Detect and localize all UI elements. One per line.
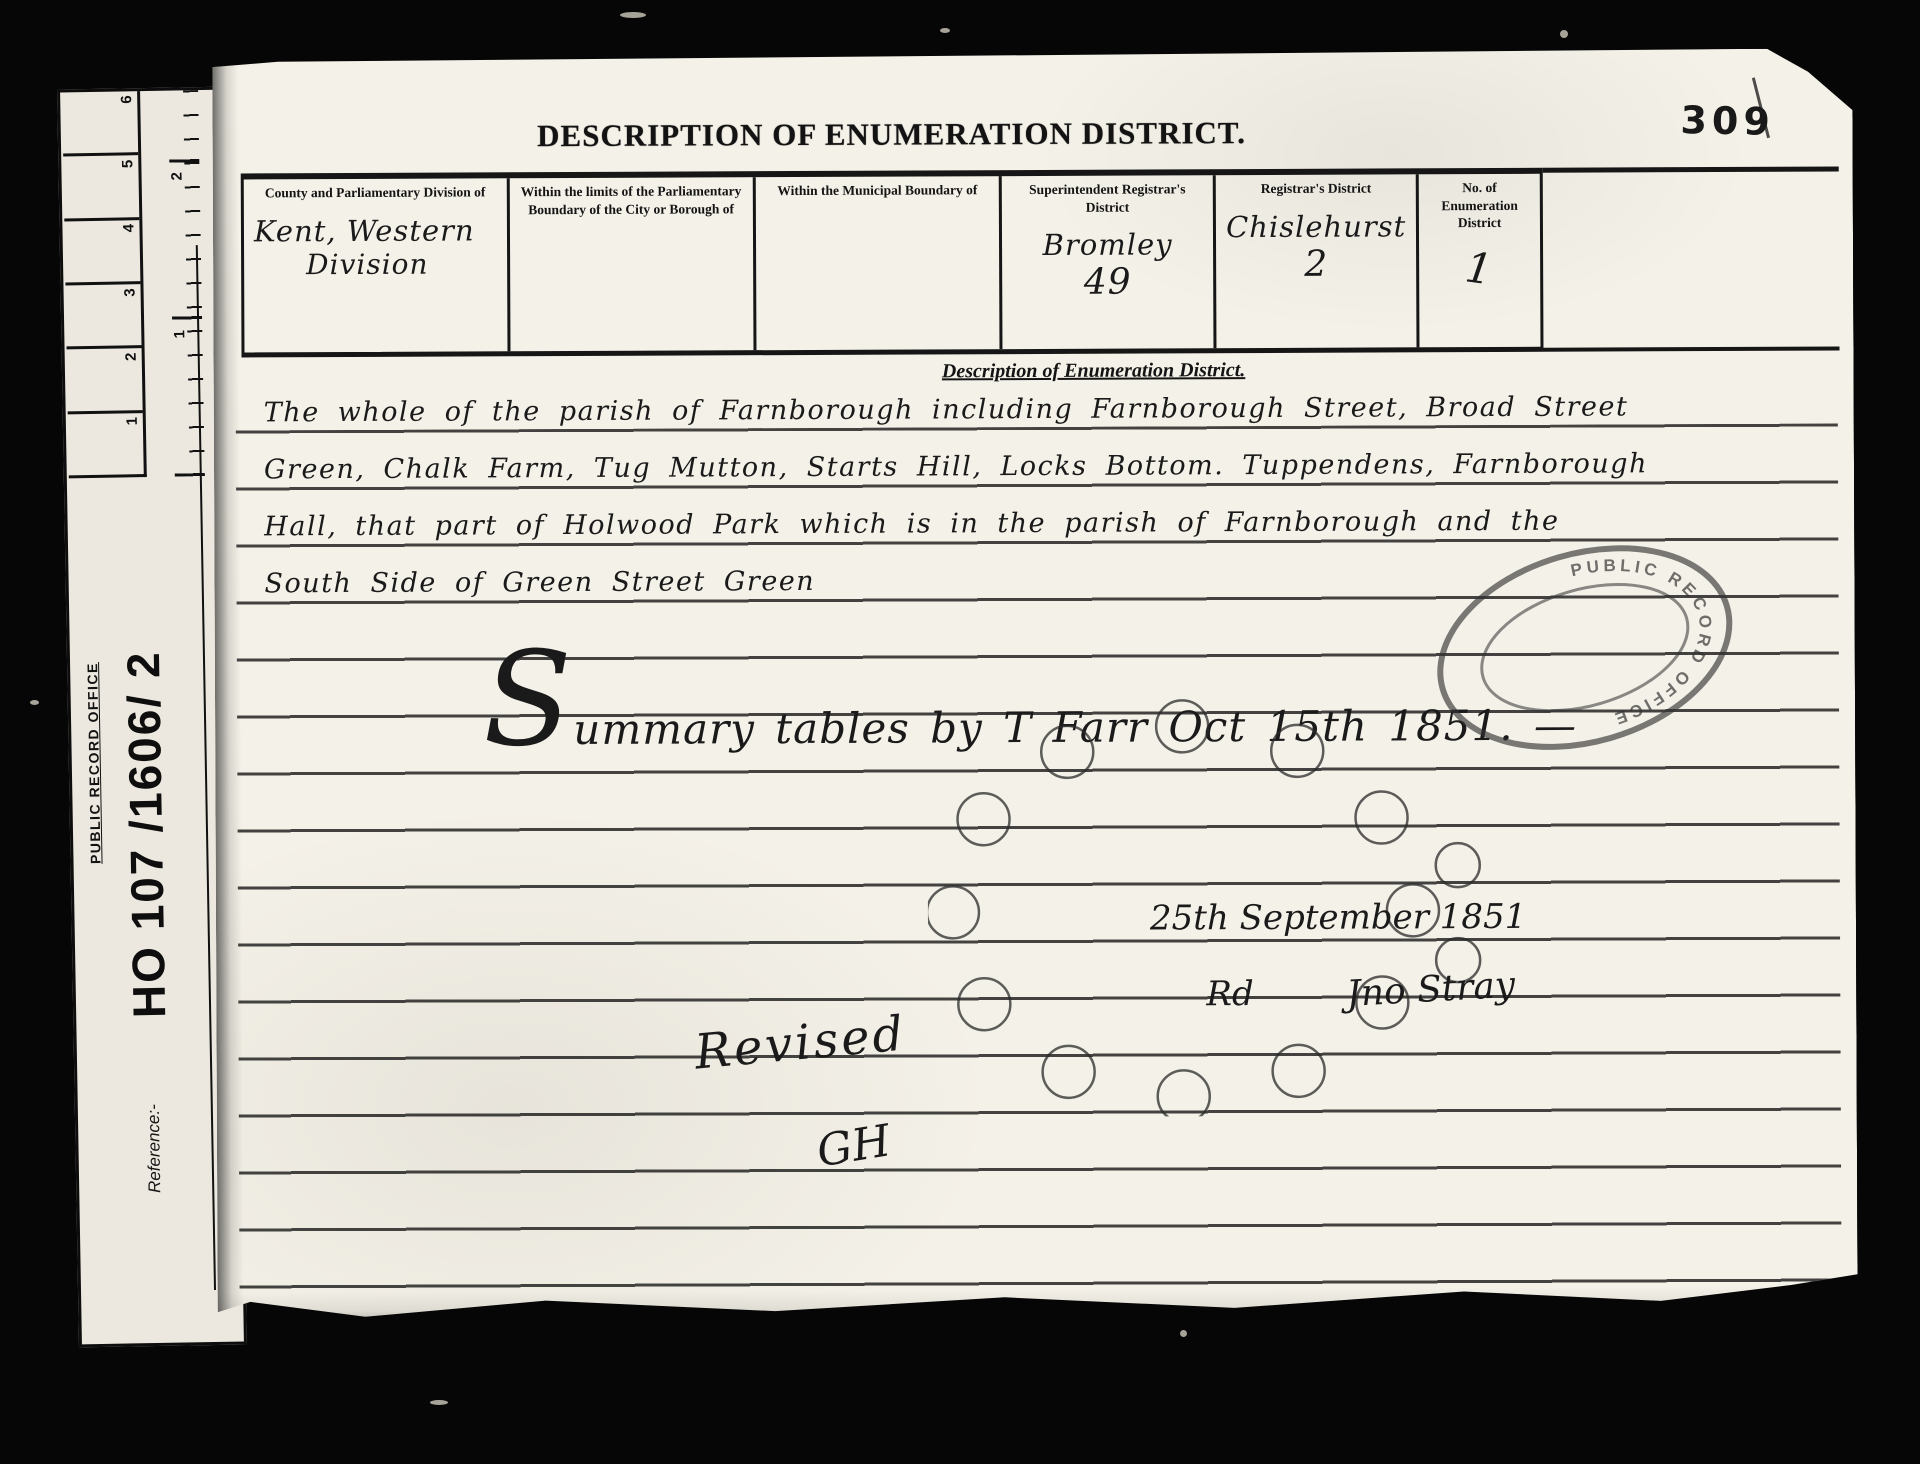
- table-column-county: County and Parliamentary Division of Ken…: [244, 178, 510, 352]
- section-heading: Description of Enumeration District.: [834, 359, 1354, 384]
- ruler-inch-mark: 2: [168, 172, 185, 181]
- column-header: Superintendent Registrar's District: [1008, 180, 1207, 216]
- ruler-cm-mark: 4: [64, 217, 140, 283]
- description-line: The whole of the parish of Farnborough i…: [264, 394, 1544, 427]
- film-speck: [30, 700, 39, 705]
- column-header: Within the Municipal Boundary of: [762, 181, 993, 200]
- column-value-sub: Division: [250, 247, 501, 281]
- column-value: Kent, Western: [250, 213, 501, 248]
- ruler-cm-scale: 1 2 3 4 5 6: [62, 91, 147, 478]
- reference-label: Reference:-: [144, 1104, 166, 1193]
- column-value-sub: 2: [1222, 243, 1411, 285]
- ruler-cm-mark: 5: [63, 153, 139, 219]
- film-speck: [1560, 30, 1568, 38]
- ruler-cm-mark: 1: [68, 410, 144, 476]
- received-abbreviation: Rd: [1206, 974, 1254, 1014]
- column-value: [516, 229, 747, 230]
- horizontal-rule: [1543, 346, 1839, 351]
- column-value: [762, 211, 993, 212]
- column-value-sub: 49: [1008, 261, 1207, 303]
- archive-name: PUBLIC RECORD OFFICE: [84, 662, 104, 864]
- horizontal-rule: [1543, 166, 1839, 172]
- document-page: 309 DESCRIPTION OF ENUMERATION DISTRICT.…: [212, 48, 1858, 1340]
- ruler-inch-mark: 1: [171, 330, 188, 339]
- stamp-text: PUBLIC RECORD OFFICE: [1566, 527, 1738, 730]
- table-column-registrar: Registrar's District Chislehurst 2: [1216, 174, 1420, 348]
- column-header: Within the limits of the Parliamentary B…: [515, 182, 746, 218]
- film-speck: [430, 1400, 448, 1405]
- column-header: No. of Enumeration District: [1425, 179, 1534, 232]
- column-value: Chislehurst: [1222, 209, 1411, 244]
- description-line: South Side of Green Street Green: [264, 565, 1544, 598]
- column-value: 1: [1423, 237, 1537, 300]
- description-line: Green, Chalk Farm, Tug Mutton, Starts Hi…: [264, 451, 1544, 484]
- ruler-cm-mark: 2: [67, 345, 143, 411]
- form-title: DESCRIPTION OF ENUMERATION DISTRICT.: [240, 114, 1542, 156]
- ruler-cm-mark: 6: [62, 91, 138, 154]
- reference-code: HO 107 /1606/ 2: [116, 650, 176, 1018]
- table-column-parliamentary-boundary: Within the limits of the Parliamentary B…: [509, 177, 756, 351]
- description-line: Hall, that part of Holwood Park which is…: [264, 508, 1544, 541]
- ruler-cm-mark: 3: [65, 281, 141, 347]
- received-date: 25th September 1851: [1150, 897, 1526, 939]
- column-header: Registrar's District: [1222, 179, 1411, 197]
- table-column-municipal-boundary: Within the Municipal Boundary of: [756, 176, 1003, 350]
- film-speck: [1180, 1330, 1187, 1337]
- film-speck: [940, 28, 950, 33]
- column-header: County and Parliamentary Division of: [250, 183, 501, 202]
- film-speck: [620, 12, 646, 18]
- district-header-table: County and Parliamentary Division of Ken…: [241, 168, 1544, 358]
- table-column-enumeration-number: No. of Enumeration District 1: [1419, 174, 1540, 348]
- table-column-superintendent-registrar: Superintendent Registrar's District Brom…: [1002, 175, 1217, 349]
- film-background: 1 2 3 4 5 6 1 2 PUBLIC RECORD OFFICE HO …: [0, 0, 1920, 1464]
- page-number-stamp: 309: [1680, 98, 1775, 144]
- svg-text:PUBLIC RECORD OFFICE: PUBLIC RECORD OFFICE: [1566, 527, 1738, 730]
- column-value: Bromley: [1008, 227, 1207, 262]
